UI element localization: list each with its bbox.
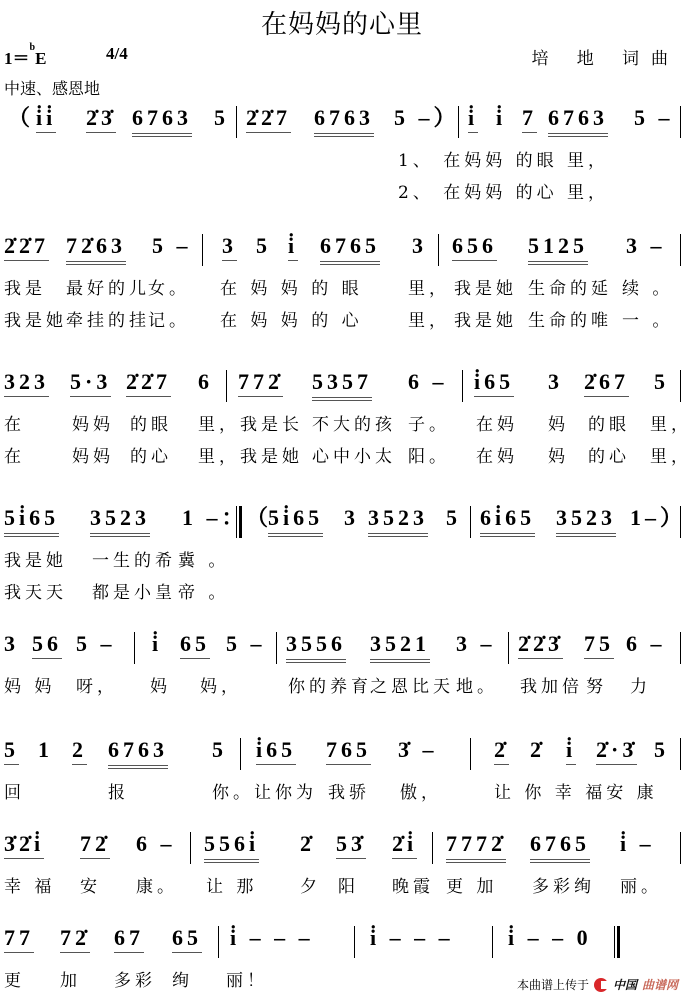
- double-barline: [236, 506, 242, 538]
- watermark-prefix: 本曲谱上传于: [517, 976, 589, 993]
- note-group: 3: [222, 232, 237, 261]
- note-group: 3523: [556, 504, 616, 537]
- note-group: 2̇67: [584, 368, 629, 397]
- barline: [354, 926, 355, 958]
- lyric-verse-1: 里，我是长: [198, 410, 303, 435]
- note-group: 5: [4, 736, 19, 765]
- lyric-verse-1: 续 。: [622, 274, 673, 299]
- lyric-verse-1: 在妈: [476, 410, 518, 435]
- note-group: 6: [198, 368, 213, 396]
- note-group: 5: [214, 104, 229, 132]
- lyric-verse-2: 里，我是她: [198, 442, 303, 467]
- barline: [492, 926, 493, 958]
- key-signature: 1＝bE: [4, 44, 46, 69]
- barline: [458, 106, 459, 138]
- lyric-verse-2: 在 妈 妈 的 心: [220, 306, 363, 331]
- barline: [240, 738, 241, 770]
- note-group: 56: [32, 630, 62, 659]
- lyric-verse-2: 一 。: [622, 306, 673, 331]
- note-group: i̇65: [474, 368, 514, 397]
- note-group: 2̇: [494, 736, 509, 765]
- lyric-verse-1: 子。: [408, 410, 450, 435]
- note-group: 2̇2̇7: [4, 232, 49, 261]
- lyric-verse-1: 不大的孩: [312, 410, 396, 435]
- note-group: 5: [256, 232, 271, 260]
- lyric-verse-1: 冀 。: [178, 546, 229, 571]
- brand-part-a: 中国: [613, 976, 637, 993]
- lyric-verse-1: 我是她: [454, 274, 517, 299]
- lyric-verse-2: 我是她: [4, 306, 67, 331]
- note-group: 3523: [368, 504, 428, 537]
- lyric-verse-1: 之恩比天: [370, 672, 454, 697]
- notation-line: 5i̇6535231 –：（5i̇653352356i̇6535231–）: [0, 504, 684, 544]
- note-group: 2̇: [300, 830, 315, 858]
- lyric-verse-1: 的眼: [588, 410, 630, 435]
- note-group: 3: [344, 504, 359, 532]
- lyric-verse-1: 妈: [548, 410, 569, 435]
- barline: [134, 632, 135, 664]
- tempo-marking: 中速、感恩地: [4, 76, 100, 99]
- note-group: （: [8, 104, 34, 132]
- note-group: 72̇: [60, 924, 90, 953]
- barline: [470, 506, 471, 538]
- note-group: 6 –: [626, 630, 666, 658]
- note-group: 5125: [528, 232, 588, 265]
- lyric-verse-1: 生命的延: [528, 274, 612, 299]
- note-group: i̇ – – –: [370, 924, 454, 952]
- note-group: 3̇2̇i̇: [4, 830, 44, 859]
- lyric-verse-1: 里，: [408, 274, 450, 299]
- song-title: 在妈妈的心里: [0, 4, 684, 41]
- note-group: 2̇2̇3̇: [518, 630, 563, 659]
- lyric-verse-2: 在妈: [476, 442, 518, 467]
- note-group: 5: [446, 504, 461, 532]
- barline: [680, 738, 681, 770]
- note-group: 5 –: [76, 630, 116, 658]
- note-group: 75: [584, 630, 614, 659]
- notation-line: 51267635i̇657653̇ –2̇2̇i̇2̇·3̇5: [0, 736, 684, 776]
- note-group: 77: [4, 924, 34, 953]
- note-group: i̇ – – 0: [508, 924, 592, 952]
- note-group: 6763: [132, 104, 192, 137]
- barline: [202, 234, 203, 266]
- lyric-verse-1: 更 加: [446, 872, 497, 897]
- note-group: 6763: [314, 104, 374, 137]
- note-group: i̇: [288, 232, 298, 261]
- lyric-verse-1: 多彩绚: [532, 872, 595, 897]
- note-group: 72̇63: [66, 232, 126, 265]
- lyric-verse-1: 力: [630, 672, 651, 697]
- lyric-verse-1: 妈妈: [72, 410, 114, 435]
- lyric-verse-1: 我骄: [328, 778, 370, 803]
- watermark: 本曲谱上传于 中国曲谱网: [517, 976, 678, 993]
- lyric-verse-1: 加: [60, 966, 81, 991]
- note-group: 2̇2̇7: [126, 368, 171, 397]
- barline: [218, 926, 219, 958]
- lyric-verse-1: 妈: [150, 672, 171, 697]
- composer-credit: 培 地 词曲: [532, 44, 681, 69]
- lyric-verse-1: 里，: [650, 410, 684, 435]
- note-group: 5·3: [70, 368, 111, 397]
- note-group: 72̇: [80, 830, 110, 859]
- note-group: i̇ – – –: [230, 924, 314, 952]
- lyric-verse-1: 在: [4, 410, 25, 435]
- lyric-verse-1: 你。让你为: [212, 778, 317, 803]
- note-group: 65: [172, 924, 202, 953]
- lyric-verse-1: 努: [586, 672, 607, 697]
- barline: [432, 832, 433, 864]
- note-group: 3 –: [626, 232, 666, 260]
- note-group: 7: [522, 104, 537, 133]
- lyric-verse-2: 心中小太: [312, 442, 396, 467]
- barline: [508, 632, 509, 664]
- note-group: 2: [72, 736, 87, 765]
- note-group: 2̇i̇: [392, 830, 417, 859]
- note-group: 1: [38, 736, 53, 764]
- note-group: 3̇ –: [398, 736, 438, 764]
- lyric-verse-1: 我是: [4, 274, 46, 299]
- note-group: 2̇2̇7: [246, 104, 291, 133]
- note-group: 772̇: [238, 368, 283, 397]
- note-group: 3: [548, 368, 563, 396]
- lyric-verse-1: 女。: [148, 274, 190, 299]
- note-group: i̇65: [256, 736, 296, 765]
- barline: [190, 832, 191, 864]
- lyric-verse-2: 我是她: [454, 306, 517, 331]
- lyric-verse-1: 回: [4, 778, 25, 803]
- lyric-verse-1: 安: [80, 872, 101, 897]
- barline: [680, 832, 681, 864]
- notation-line: （i̇i̇2̇3̇676352̇2̇767635 –）i̇i̇767635 –: [0, 104, 684, 144]
- lyric-verse-1: 丽。: [620, 872, 662, 897]
- note-group: 6763: [108, 736, 168, 769]
- lyric-verse-2: 帝 。: [178, 578, 229, 603]
- note-group: 556i̇: [204, 830, 259, 863]
- note-group: i̇ –: [620, 830, 655, 858]
- lyric-verse-1: 最好的儿: [66, 274, 150, 299]
- note-group: 6 –: [136, 830, 176, 858]
- lyric-verse-1: 报: [108, 778, 129, 803]
- lyric-verse-2: 我天天: [4, 578, 67, 603]
- note-group: 5i̇65: [268, 504, 323, 537]
- lyric-verse-1: 你的养育: [288, 672, 372, 697]
- notation-line: 7772̇6765i̇ – – –i̇ – – –i̇ – – 0: [0, 924, 684, 964]
- lyric-verse-1: 更: [4, 966, 25, 991]
- lyric-verse-2: 2、 在妈妈 的心 里，: [398, 178, 609, 203]
- lyric-verse-1: 我是她: [4, 546, 67, 571]
- notation-line: 2̇2̇772̇635 –35i̇6765365651253 –: [0, 232, 684, 272]
- time-signature: 4/4: [106, 44, 128, 64]
- note-group: 53̇: [336, 830, 366, 859]
- lyric-verse-1: 让 你 幸 福安 康: [494, 778, 658, 803]
- note-group: 5: [654, 368, 669, 396]
- barline: [680, 632, 681, 664]
- lyric-verse-2: 阳。: [408, 442, 450, 467]
- barline: [470, 738, 471, 770]
- lyric-verse-2: 在: [4, 442, 25, 467]
- note-group: 5 –: [226, 630, 266, 658]
- note-group: 5: [654, 736, 669, 764]
- notation-line: 3̇2̇i̇72̇6 –556i̇2̇53̇2̇i̇7772̇6765i̇ –: [0, 830, 684, 870]
- site-logo-icon: [594, 978, 608, 992]
- note-group: 67: [114, 924, 144, 953]
- lyric-verse-1: 夕: [300, 872, 321, 897]
- note-group: 765: [326, 736, 371, 765]
- note-group: 5 –: [634, 104, 674, 132]
- note-group: 3: [4, 630, 19, 658]
- lyric-verse-1: 幸 福: [4, 872, 55, 897]
- note-group: 3 –: [456, 630, 496, 658]
- lyric-verse-2: 的心: [130, 442, 172, 467]
- note-group: i̇: [496, 104, 506, 132]
- lyric-verse-2: 生命的唯: [528, 306, 612, 331]
- note-group: 5: [212, 736, 227, 764]
- note-group: 6i̇65: [480, 504, 535, 537]
- note-group: 2̇·3̇: [596, 736, 637, 765]
- lyric-verse-1: 让 那: [206, 872, 257, 897]
- lyric-verse-2: 妈妈: [72, 442, 114, 467]
- note-group: 3523: [90, 504, 150, 537]
- barline: [276, 632, 277, 664]
- note-group: 3: [412, 232, 427, 260]
- note-group: i̇: [152, 630, 162, 658]
- note-group: 6765: [530, 830, 590, 863]
- note-group: 5 –）: [394, 104, 460, 132]
- lyric-verse-2: 记。: [148, 306, 190, 331]
- barline: [236, 106, 237, 138]
- barline: [680, 234, 681, 266]
- note-group: i̇: [566, 736, 576, 765]
- lyric-verse-1: 在 妈 妈 的 眼: [220, 274, 363, 299]
- double-barline: [614, 926, 620, 958]
- lyric-verse-2: 妈: [548, 442, 569, 467]
- notation-line: 3565 –i̇655 –355635213 –2̇2̇3̇756 –: [0, 630, 684, 670]
- lyric-verse-2: 的心: [588, 442, 630, 467]
- note-group: 656: [452, 232, 497, 261]
- note-group: 323: [4, 368, 49, 397]
- lyric-verse-2: 里，: [408, 306, 450, 331]
- lyric-verse-1: 绚: [172, 966, 193, 991]
- note-group: 5357: [312, 368, 372, 401]
- lyric-verse-1: 晚霞: [392, 872, 434, 897]
- lyric-verse-1: 呀，: [76, 672, 118, 697]
- note-group: 6763: [548, 104, 608, 137]
- note-group: 1–）: [630, 504, 684, 532]
- note-group: i̇: [468, 104, 478, 133]
- barline: [680, 506, 681, 538]
- note-group: 5i̇65: [4, 504, 59, 537]
- barline: [226, 370, 227, 402]
- lyric-verse-1: 的眼: [130, 410, 172, 435]
- note-group: 7772̇: [446, 830, 506, 863]
- lyric-verse-1: 我加倍: [520, 672, 583, 697]
- note-group: i̇i̇: [36, 104, 56, 133]
- lyric-verse-1: 康。: [136, 872, 178, 897]
- lyric-verse-1: 丽！: [226, 966, 268, 991]
- lyric-verse-1: 多彩: [114, 966, 156, 991]
- note-group: 6 –: [408, 368, 448, 396]
- note-group: 2̇3̇: [86, 104, 116, 133]
- lyric-verse-1: 1、 在妈妈 的眼 里，: [398, 146, 609, 171]
- lyric-verse-1: 妈，: [200, 672, 242, 697]
- note-group: 65: [180, 630, 210, 659]
- note-group: 3556: [286, 630, 346, 663]
- lyric-verse-1: 傲，: [400, 778, 442, 803]
- barline: [680, 106, 681, 138]
- notation-line: 3235·32̇2̇76772̇53576 –i̇6532̇675: [0, 368, 684, 408]
- note-group: 3521: [370, 630, 430, 663]
- brand-part-b: 曲谱网: [642, 976, 678, 993]
- lyric-verse-1: 地。: [456, 672, 498, 697]
- lyric-verse-1: 阳: [338, 872, 359, 897]
- note-group: 2̇: [530, 736, 545, 764]
- flat-sign: b: [30, 42, 36, 53]
- lyric-verse-2: 里，: [650, 442, 684, 467]
- barline: [462, 370, 463, 402]
- note-group: 6765: [320, 232, 380, 265]
- lyric-verse-1: 一生的希: [92, 546, 176, 571]
- lyric-verse-2: 牵挂的挂: [66, 306, 150, 331]
- note-group: 5 –: [152, 232, 192, 260]
- barline: [438, 234, 439, 266]
- lyric-verse-1: 妈 妈: [4, 672, 55, 697]
- barline: [680, 370, 681, 402]
- lyric-verse-2: 都是小皇: [92, 578, 176, 603]
